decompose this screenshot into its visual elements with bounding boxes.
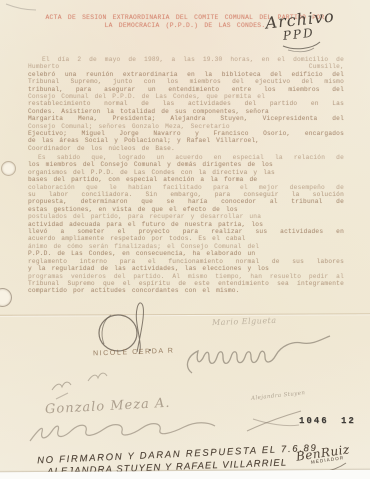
hole-punch-bottom <box>0 288 12 307</box>
archive-handwritten-note: Archivo PPD <box>265 6 337 44</box>
typewriter-line: actividad adecuada para el futuro de nue… <box>28 221 344 228</box>
paper-crease-line <box>0 313 370 316</box>
diagonal-stroke-2 <box>253 419 299 426</box>
typewriter-line: los miembros del Consejo Comunal y demás… <box>28 161 344 168</box>
typewriter-line: Margarita Mena, Presidenta; Alejandra St… <box>28 115 344 122</box>
corner-smudge-stroke <box>6 4 36 10</box>
paper-bottom-edge <box>0 470 370 479</box>
typewriter-line: Tribunal Supremo, junto con los miembros… <box>28 78 344 85</box>
signature-name-nicole: NICOLE CERDA R <box>93 348 175 358</box>
signature-name-small-right: Alejandra Stuyen <box>251 390 306 402</box>
typewriter-line: propuesta, determinaron que se haría con… <box>28 198 344 205</box>
typewriter-line: El día 2 de mayo de 1989, a las 19.30 ho… <box>28 56 344 71</box>
typewriter-line: Consejo Comunal del P.P.D. de Las Condes… <box>28 93 344 100</box>
typewriter-line: reglamento interno para el funcionamient… <box>28 258 344 265</box>
typewriter-line: Tribunal Supremo que el espíritu de este… <box>28 280 344 287</box>
loop-signature-stroke <box>187 336 330 373</box>
typewriter-line: Ejecutivo; Miguel Jorge Navarro y Franci… <box>28 130 344 137</box>
typewriter-line: Condes. Asistieron la totalidad de sus c… <box>28 108 344 115</box>
flowing-signature-stroke <box>30 423 215 441</box>
pencil-scribble-1 <box>52 382 71 390</box>
stamp-number: 1046 12 <box>299 416 356 426</box>
typewriter-line: bases del partido, con especial atención… <box>28 176 344 183</box>
body-paragraph-1: El día 2 de mayo de 1989, a las 19.30 ho… <box>28 56 344 152</box>
typewriter-line: P.P.D. de Las Condes, en consecuencia, h… <box>28 250 344 257</box>
signature-name-pencil-top: Mario Elgueta <box>212 316 277 327</box>
typewriter-line: ánimo de cómo serán finalizadas; el Cons… <box>28 243 344 250</box>
typewriter-line: Coordinador de los núcleos de Base. <box>28 145 344 152</box>
typewriter-line: acuerdo ampliamente respetado por todos.… <box>28 235 344 242</box>
typewriter-line: compartido por actitudes concordantes co… <box>28 287 344 294</box>
pencil-scribble-2 <box>88 373 107 381</box>
typewriter-line: estas gestiones, en vista de que el efec… <box>28 206 344 213</box>
typewriter-line: Consejo Comunal; señores Gonzalo Meza, S… <box>28 123 344 130</box>
diagonal-stroke-1 <box>247 411 301 431</box>
scanned-document-page: ACTA DE SESION EXTRAORDINARIA DEL COMITE… <box>0 0 370 479</box>
typewriter-line: y la regularidad de las actividades, las… <box>28 265 344 272</box>
ppd-underline-stroke-2 <box>288 48 314 52</box>
typewriter-line: organismos del P.P.D. de Las Condes con … <box>28 169 344 176</box>
hole-punch-top <box>1 161 16 176</box>
typewriter-line: restablecimiento normal de las actividad… <box>28 100 344 107</box>
typewriter-line: tribunal, para asegurar un entendimiento… <box>28 86 344 93</box>
typewriter-line: de las áreas Social y Poblacional; y Raf… <box>28 137 344 144</box>
typewriter-line: postulados del partido, para recuperar y… <box>28 213 344 220</box>
typewriter-line: su labor conciliadora. Sin embargo, para… <box>28 191 344 198</box>
signature-name-gonzalo: Gonzalo Meza A. <box>45 396 171 418</box>
pencil-scribble-3 <box>56 393 68 399</box>
typewriter-line: colaboración que le habían facilitado pa… <box>28 184 344 191</box>
typewriter-line: programas venideros del partido. Al mism… <box>28 273 344 280</box>
circle-signature-inner-arc <box>102 315 111 344</box>
typewriter-line: celebró una reunión extraordinaria en la… <box>28 71 344 78</box>
ppd-underline-stroke <box>283 42 320 49</box>
typewriter-line: Es sabido que, logrado un acuerdo en esp… <box>28 154 344 161</box>
circle-signature-ring <box>99 315 137 351</box>
body-paragraph-2: Es sabido que, logrado un acuerdo en esp… <box>28 154 344 295</box>
typewriter-line: llevó a someter el proyecto para realiza… <box>28 228 344 235</box>
circle-signature-flourish <box>136 303 143 354</box>
